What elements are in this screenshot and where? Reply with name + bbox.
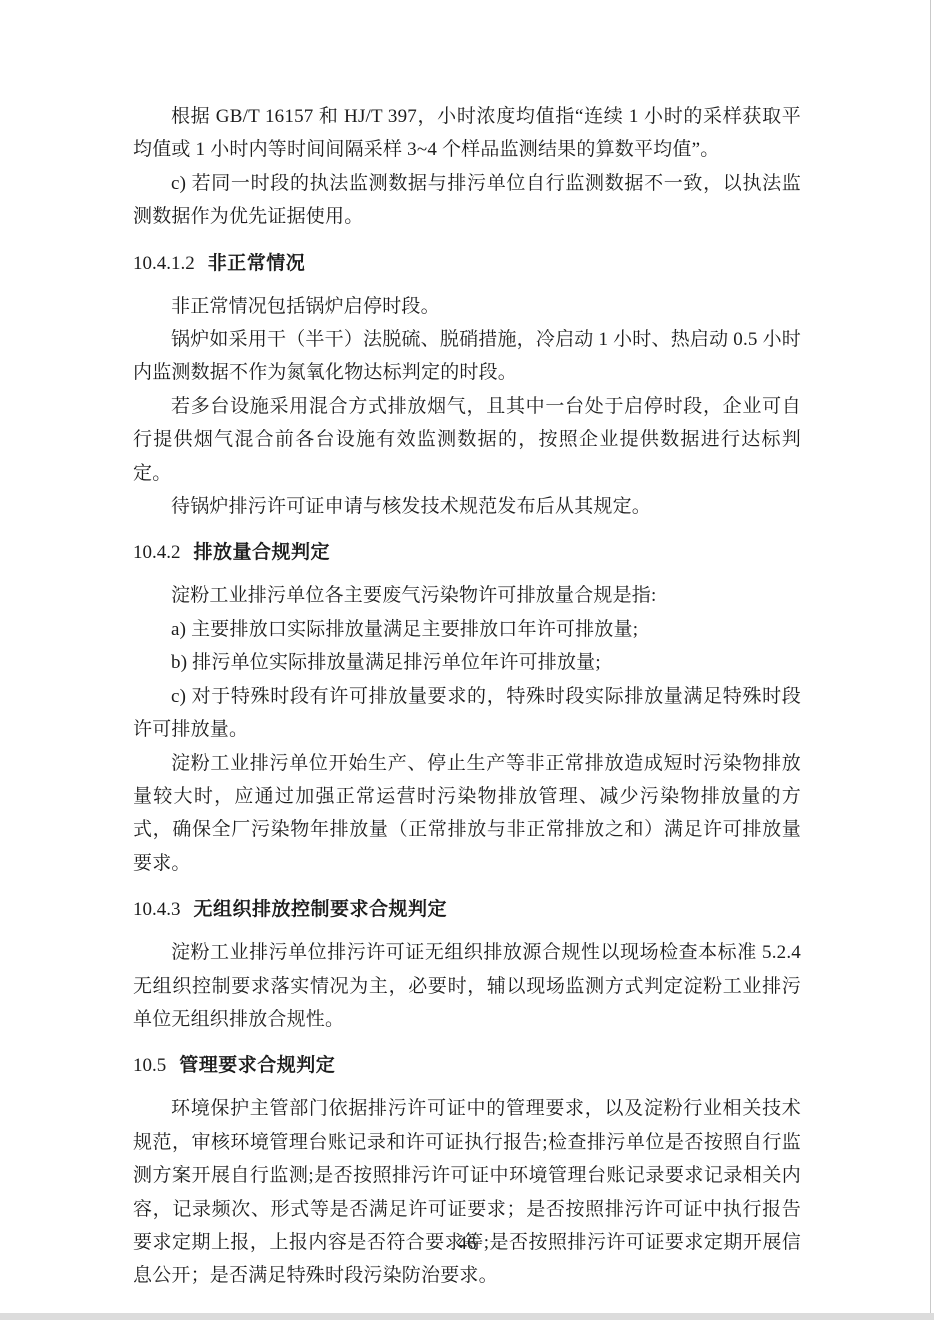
section-heading-10-4-3: 10.4.3无组织排放控制要求合规判定 (133, 897, 801, 923)
section-10-4-2-list-item-b: b) 排污单位实际排放量满足排污单位年许可排放量; (133, 646, 801, 679)
section-10-4-1-2-paragraph-2: 锅炉如采用干（半干）法脱硫、脱硝措施，冷启动 1 小时、热启动 0.5 小时内监… (133, 323, 801, 390)
page-right-edge-line (930, 0, 931, 1320)
intro-paragraph-2: c) 若同一时段的执法监测数据与排污单位自行监测数据不一致，以执法监测数据作为优… (133, 167, 801, 234)
section-title: 管理要求合规判定 (179, 1055, 335, 1076)
section-heading-10-5: 10.5管理要求合规判定 (133, 1053, 801, 1079)
section-10-4-2-list-item-a: a) 主要排放口实际排放量满足主要排放口年许可排放量; (133, 613, 801, 646)
section-title: 排放量合规判定 (194, 542, 331, 563)
section-number: 10.4.1.2 (133, 253, 195, 274)
section-10-4-2-paragraph-1: 淀粉工业排污单位各主要废气污染物许可排放量合规是指: (133, 579, 801, 612)
page-number: 46 (0, 1232, 934, 1256)
section-heading-10-4-1-2: 10.4.1.2非正常情况 (133, 251, 801, 277)
page-bottom-edge-strip (0, 1313, 934, 1320)
section-10-4-3-paragraph-1: 淀粉工业排污单位排污许可证无组织排放源合规性以现场检查本标准 5.2.4 无组织… (133, 936, 801, 1036)
section-number: 10.4.2 (133, 542, 181, 563)
section-10-5-paragraph-1: 环境保护主管部门依据排污许可证中的管理要求，以及淀粉行业相关技术规范，审核环境管… (133, 1092, 801, 1292)
document-content: 根据 GB/T 16157 和 HJ/T 397，小时浓度均值指“连续 1 小时… (133, 100, 801, 1293)
section-title: 无组织排放控制要求合规判定 (194, 899, 448, 920)
intro-paragraph-1: 根据 GB/T 16157 和 HJ/T 397，小时浓度均值指“连续 1 小时… (133, 100, 801, 167)
section-number: 10.4.3 (133, 899, 181, 920)
section-title: 非正常情况 (208, 253, 306, 274)
document-page: 根据 GB/T 16157 和 HJ/T 397，小时浓度均值指“连续 1 小时… (0, 0, 934, 1320)
section-10-4-1-2-paragraph-4: 待锅炉排污许可证申请与核发技术规范发布后从其规定。 (133, 490, 801, 523)
section-number: 10.5 (133, 1055, 166, 1076)
section-heading-10-4-2: 10.4.2排放量合规判定 (133, 540, 801, 566)
section-10-4-1-2-paragraph-1: 非正常情况包括锅炉启停时段。 (133, 290, 801, 323)
section-10-4-1-2-paragraph-3: 若多台设施采用混合方式排放烟气，且其中一台处于启停时段，企业可自行提供烟气混合前… (133, 390, 801, 490)
section-10-4-2-list-item-c: c) 对于特殊时段有许可排放量要求的，特殊时段实际排放量满足特殊时段许可排放量。 (133, 680, 801, 747)
section-10-4-2-paragraph-2: 淀粉工业排污单位开始生产、停止生产等非正常排放造成短时污染物排放量较大时，应通过… (133, 747, 801, 881)
